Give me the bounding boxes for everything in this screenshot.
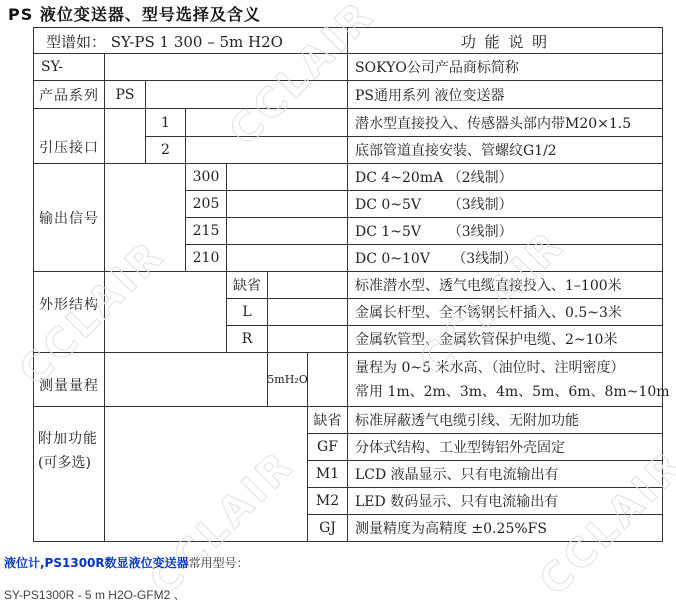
range-desc: 量程为 0~5 米水高、（油位时、注明密度） 常用 1m、2m、3m、4m、5m… (348, 353, 662, 406)
pressure-port-desc-2: 底部管道直接安装、管螺纹G1/2 (348, 137, 662, 163)
model-example: 型谱如： SY-PS 1 300 – 5m H2O (34, 28, 347, 54)
extra-desc-m2: LED 数码显示、只有电流输出有 (348, 488, 662, 514)
extra-desc-gf: 分体式结构、工业型铸铝外壳固定 (348, 434, 662, 460)
common-model-example: SY-PS1300R - 5 m H2O-GFM2 、 (4, 586, 186, 603)
col-divider (145, 80, 146, 108)
pressure-port-code-2: 2 (146, 137, 185, 163)
output-code-210: 210 (186, 245, 226, 271)
shape-code-l: L (227, 299, 267, 325)
series-label: 产品系列 (34, 81, 104, 108)
pressure-port-code-1: 1 (146, 109, 185, 136)
extra-code-m1: M1 (308, 461, 347, 487)
output-desc-210: DC 0~10V （3线制） (348, 245, 662, 271)
shape-code-r: R (227, 326, 267, 352)
extra-desc-m1: LCD 液晶显示、只有电流输出有 (348, 461, 662, 487)
output-code-205: 205 (186, 191, 226, 217)
range-code: 5mH₂O (268, 353, 307, 406)
range-label: 测量量程 (34, 353, 104, 406)
brand-code: SY- (34, 54, 104, 80)
pressure-port-desc-1: 潜水型直接投入、传感器头部内带M20×1.5 (348, 109, 662, 136)
shape-label: 外形结构 (34, 272, 104, 352)
extra-label: 附加功能 (可多选) (34, 407, 104, 541)
function-header: 功 能 说 明 (348, 28, 662, 54)
output-code-215: 215 (186, 218, 226, 244)
output-signal-label: 输出信号 (34, 164, 104, 271)
extra-code-default: 缺省 (308, 407, 347, 433)
range-desc-line1: 量程为 0~5 米水高、（油位时、注明密度） (355, 356, 624, 380)
shape-desc-l: 金属长杆型、全不锈钢长杆插入、0.5~3米 (348, 299, 662, 325)
col-divider (104, 53, 105, 542)
extra-label-line2: (可多选) (38, 451, 91, 475)
range-desc-line2: 常用 1m、2m、3m、4m、5m、6m、8m~10m (355, 380, 670, 404)
shape-desc-default: 标准潜水型、透气电缆直接投入、1–100米 (348, 272, 662, 298)
shape-desc-r: 金属软管型、金属软管保护电缆、2~10米 (348, 326, 662, 352)
table-border-bottom (33, 541, 663, 542)
output-desc-300: DC 4~20mA （2线制） (348, 164, 662, 190)
brand-desc: SOKYO公司产品商标简称 (348, 54, 662, 80)
model-selection-table: 型谱如： SY-PS 1 300 – 5m H2O 功 能 说 明 SY- SO… (0, 0, 676, 560)
extra-desc-default: 标准屏蔽透气电缆引线、无附加功能 (348, 407, 662, 433)
output-code-300: 300 (186, 164, 226, 190)
common-models-heading: 液位计,PS1300R数显液位变送器常用型号： (4, 554, 249, 571)
shape-code-default: 缺省 (227, 272, 267, 298)
series-desc: PS通用系列 液位变送器 (348, 81, 662, 108)
extra-code-gj: GJ (308, 515, 347, 541)
common-models-label: 常用型号： (189, 556, 249, 570)
extra-code-m2: M2 (308, 488, 347, 514)
table-border-right (662, 27, 663, 542)
extra-code-gf: GF (308, 434, 347, 460)
extra-label-line1: 附加功能 (38, 427, 98, 451)
col-divider (267, 271, 268, 352)
output-desc-205: DC 0~5V （3线制） (348, 191, 662, 217)
extra-desc-gj: 测量精度为高精度 ±0.25%FS (348, 515, 662, 541)
product-link[interactable]: 液位计,PS1300R数显液位变送器 (4, 556, 189, 570)
output-desc-215: DC 1~5V （3线制） (348, 218, 662, 244)
series-code: PS (105, 81, 145, 108)
pressure-port-label: 引压接口 (34, 109, 104, 163)
